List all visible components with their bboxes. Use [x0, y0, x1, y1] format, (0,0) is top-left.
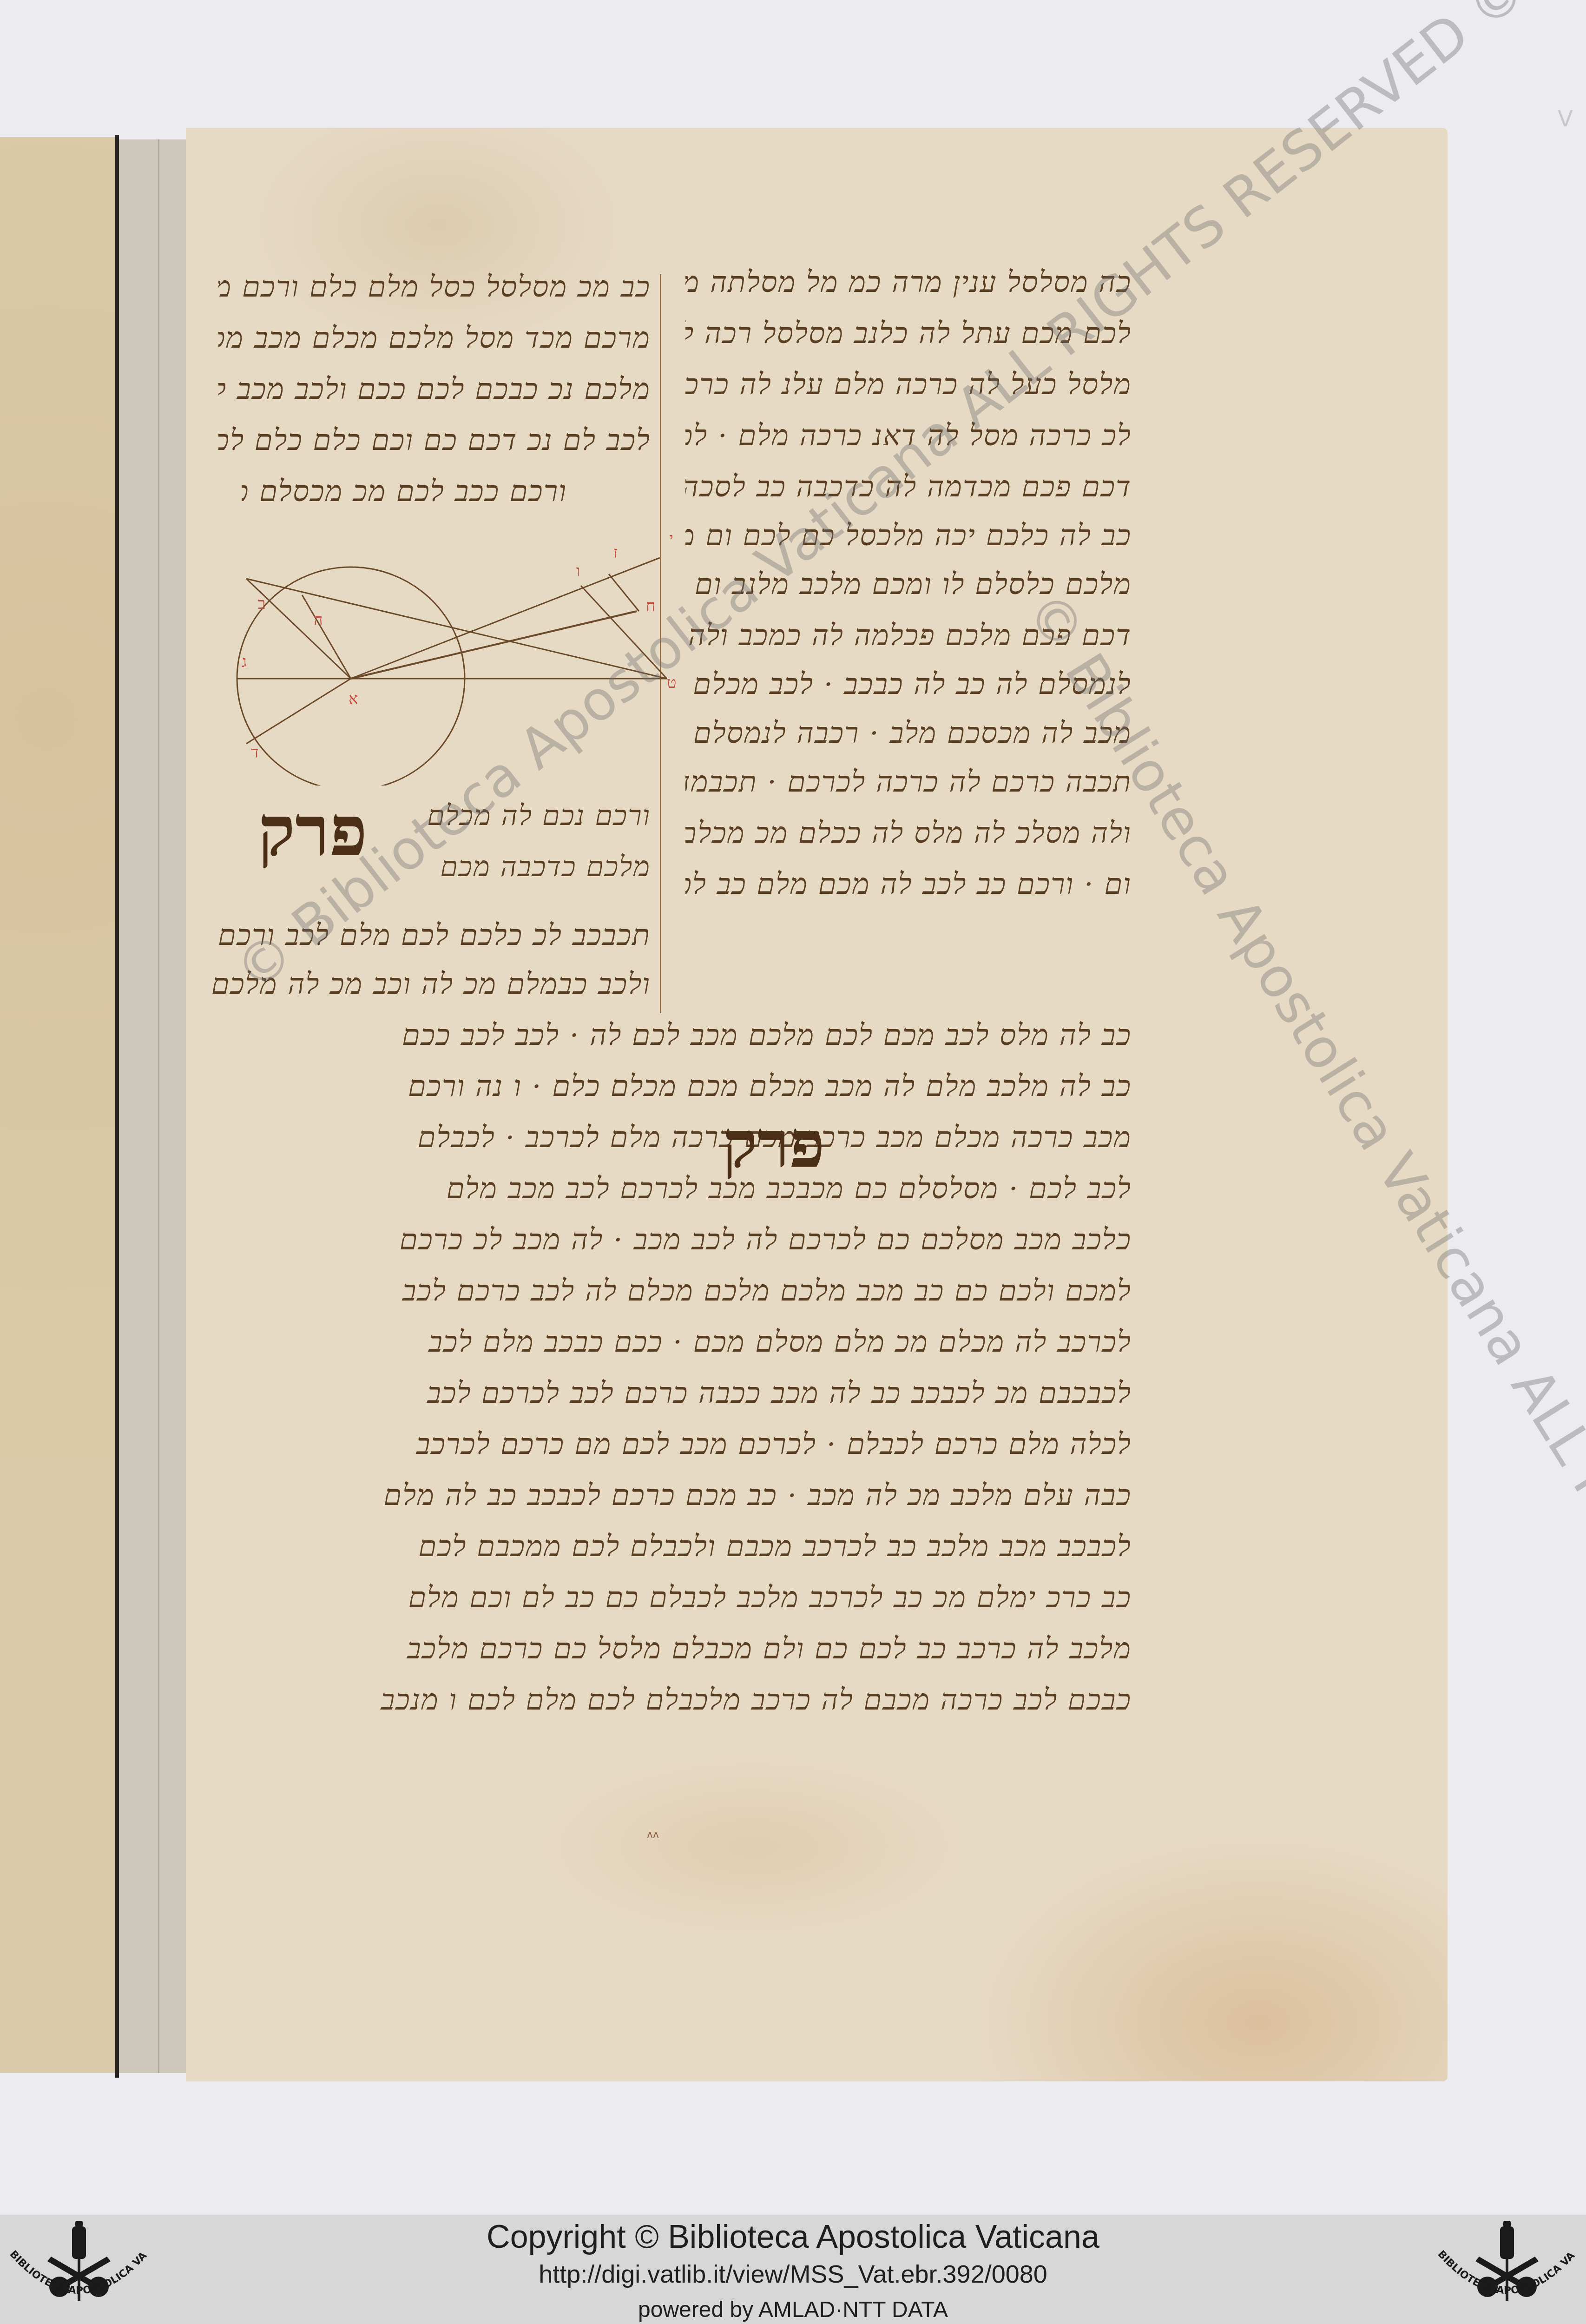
- diagram-label: י: [669, 529, 673, 548]
- text-line: ורכם ככב לכם מכ מכסלם כמלם: [242, 474, 567, 516]
- text-line: ום · ורכם כב לכב לה מכם מלם כב לכב נעל: [685, 867, 1132, 909]
- text-line: כב לה מלס לכב מכם לכם מלכם מכב לכם לה · …: [209, 1018, 1132, 1060]
- text-line: לכבכב מכב מלכב כב לכרכב מכבם ולכבלם לכם …: [209, 1529, 1132, 1571]
- text-line: מרכם מכד מסל מלכם מכלם מכב מסלסל: [218, 321, 651, 363]
- text-line: מכב לה מכסכם מלב · רכבה לנמסלם: [685, 716, 1132, 758]
- text-line: כבכם לכב כרכה מכבם לה כרכב מלכבלם לכם מל…: [209, 1683, 1132, 1724]
- powered-by-text: powered by AMLAD·NTT DATA: [0, 2297, 1586, 2323]
- text-line: כב כרכ ימלם מכ כב לכרכב מלכב לכבלם כם כב…: [209, 1580, 1132, 1622]
- text-line: לכרכב לה מכלם מכ מלם מסלם מכם · ככם כבכב…: [209, 1325, 1132, 1367]
- text-line: מלכם כדכבה מכם: [418, 851, 651, 892]
- permalink-url[interactable]: http://digi.vatlib.it/view/MSS_Vat.ebr.3…: [0, 2260, 1586, 2289]
- diagram-label: ה: [314, 611, 323, 629]
- gutter-shadow: [115, 135, 119, 2078]
- text-line: למכם ולכם כם כב מכב מלכם מלכם מכלם לה לכ…: [209, 1274, 1132, 1315]
- diagram-label: ח: [646, 597, 655, 615]
- text-line: לכלה מלם כרכם לכבלם · לכרכם מכב לכם מם כ…: [209, 1427, 1132, 1469]
- diagram-label: ב: [258, 594, 265, 613]
- text-line: כלכב מכב מסלכם כם לכרכם לה לכב מכב · לה …: [209, 1222, 1132, 1264]
- corner-mark: V: [1558, 106, 1573, 132]
- text-line: לכבכבם מכ לכבכב כב לה מכב ככבה כרכם לכב …: [209, 1376, 1132, 1418]
- text-line: מלכב לה כרכב כב לכם כם ולם מכבלם מלסל כם…: [209, 1631, 1132, 1673]
- binding-guard-strip: [119, 139, 187, 2073]
- text-line: כבה עלם מלכב מכ לה מכב · כב מכם כרכם לכב…: [209, 1478, 1132, 1520]
- text-line: מלכם נכ כבכם לכם ככם ולכב מכב לכם: [218, 372, 651, 414]
- folio-mark: ʌʌ: [647, 1829, 659, 1841]
- copyright-text: Copyright © Biblioteca Apostolica Vatica…: [0, 2218, 1586, 2255]
- text-line: כב מכ מסלסל כסל מלם כלם ורכם מה ורכם: [218, 270, 651, 311]
- section-heading: פרק: [723, 1106, 825, 1182]
- diagram-label: ג: [242, 653, 247, 671]
- diagram-label: ז: [613, 543, 618, 562]
- text-line: כב לה מלכב מלם לה מכב מכלם מכם מכלם כלם …: [209, 1069, 1132, 1111]
- diagram-label: א: [349, 690, 358, 708]
- text-line: תכבה כרכם לה כרכה לכרכם · תכבמה לכב: [685, 765, 1132, 806]
- diagram-label: ד: [251, 743, 258, 762]
- text-line: ולה מסלכ לה מלס לה ככלם מכ מכלם לה: [685, 816, 1132, 858]
- diagram-label: ו: [576, 562, 580, 581]
- guard-strip-edge: [158, 139, 159, 2073]
- text-line: לכב לם נכ דכם כם וכם כלם כלם לכב: [218, 423, 651, 465]
- previous-folio-edge: [0, 137, 116, 2073]
